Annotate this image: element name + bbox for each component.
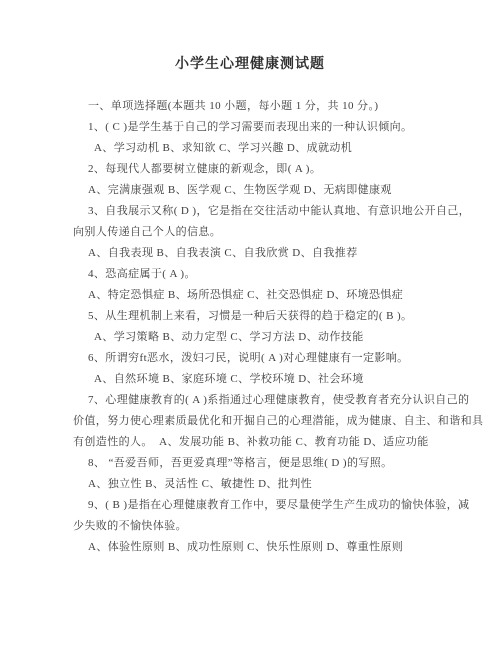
options-line: A、独立性 B、灵活性 C、敏捷性 D、批判性	[73, 474, 440, 495]
continuation-line: 少失败的不愉快体验。	[73, 516, 440, 537]
options-line: A、自然环境 B、家庭环境 C、学校环境 D、社会环境	[73, 369, 440, 390]
question-line: 5、从生理机制上来看，习惯是一种后天获得的趋于稳定的( B )。	[73, 306, 440, 327]
options-line: A、完满康强观 B、医学观 C、生物医学观 D、无病即健康观	[73, 180, 440, 201]
question-line: 2、每现代人都要树立健康的新观念，即( A )。	[73, 159, 440, 180]
options-line: A、学习策略 B、动力定型 C、学习方法 D、动作技能	[73, 327, 440, 348]
question-line: 3、自我展示又称( D )，它是指在交往活动中能认真地、有意识地公开自己，	[73, 201, 440, 222]
question-line: 6、所谓穷ft恶水，泼妇刁民，说明( A )对心理健康有一定影响。	[73, 348, 440, 369]
question-line: 7、心理健康教育的( A )系指通过心理健康教育，使受教育者充分认识自己的	[73, 390, 440, 411]
options-line: A、体验性原则 B、成功性原则 C、快乐性原则 D、尊重性原则	[73, 537, 440, 558]
continuation-line: 有创造性的人。 A、发展功能 B、补救功能 C、教育功能 D、适应功能	[73, 432, 440, 453]
continuation-line: 向别人传递自己个人的信息。	[73, 222, 440, 243]
question-line: 8、 “吾爱吾师，吾更爱真理”等格言，便是思维( D )的写照。	[73, 453, 440, 474]
continuation-line: 价值，努力使心理素质最优化和开掘自己的心理潜能，成为健康、自主、和谐和具	[73, 411, 440, 432]
question-line: 9、( B )是指在心理健康教育工作中，要尽量使学生产生成功的愉快体验，减	[73, 495, 440, 516]
page-title: 小学生心理健康测试题	[0, 0, 500, 75]
question-line: 1、( C )是学生基于自己的学习需要而表现出来的一种认识倾向。	[73, 117, 440, 138]
question-line: 4、恐高症属于( A )。	[73, 264, 440, 285]
document-page: 小学生心理健康测试题 一、单项选择题(本题共 10 小题，每小题 1 分，共 1…	[0, 0, 500, 647]
options-line: A、学习动机 B、求知欲 C、学习兴趣 D、成就动机	[73, 138, 440, 159]
options-line: A、特定恐惧症 B、场所恐惧症 C、社交恐惧症 D、环境恐惧症	[73, 285, 440, 306]
section-line: 一、单项选择题(本题共 10 小题，每小题 1 分，共 10 分。)	[73, 96, 440, 117]
document-body: 一、单项选择题(本题共 10 小题，每小题 1 分，共 10 分。)1、( C …	[0, 96, 500, 558]
options-line: A、自我表现 B、自我表演 C、自我欣赏 D、自我推荐	[73, 243, 440, 264]
